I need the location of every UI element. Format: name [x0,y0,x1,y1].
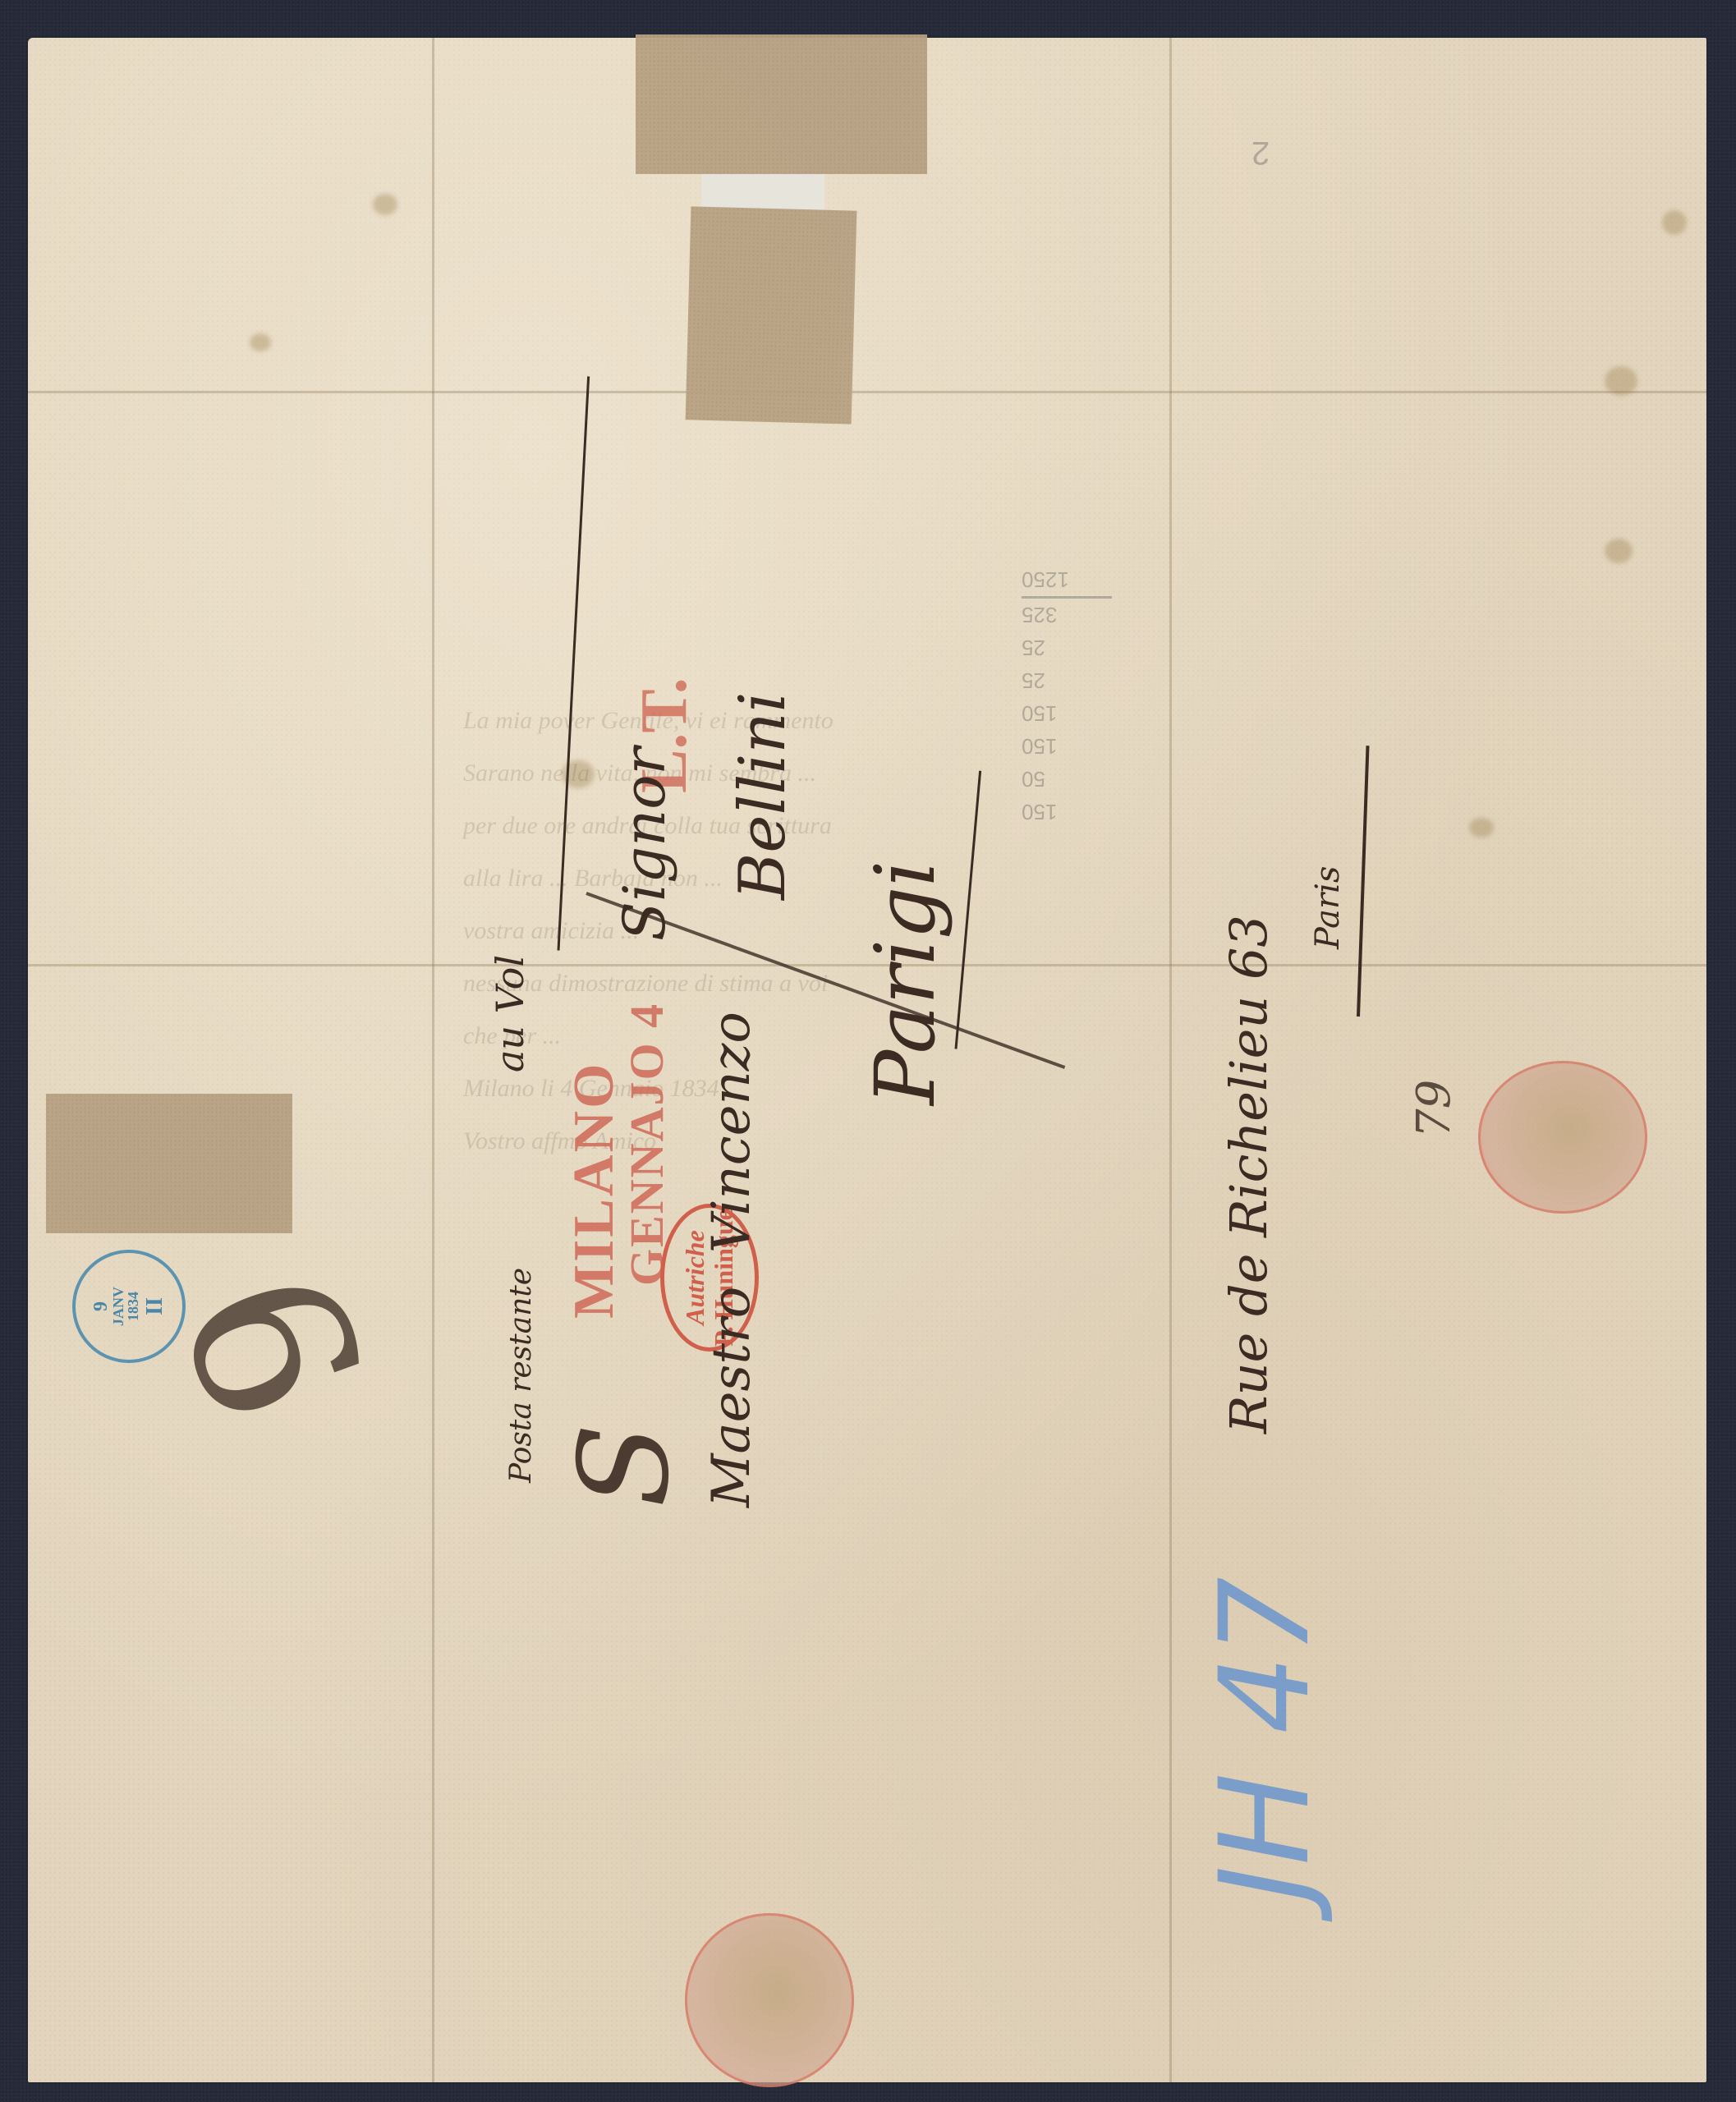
pencil-arithmetic: 150 50 150 150 25 25 325 1250 [1022,563,1112,828]
fold-line-top [28,391,1706,393]
address-city: Parigi [857,861,953,1105]
postmark-day: 9 [91,1301,111,1311]
tape-strip-top [636,34,927,174]
stain [373,194,397,215]
stain [1662,210,1687,235]
postmark-month: JANV [111,1287,126,1326]
address-first-name: Vincenzo [701,1012,762,1253]
au-vol-note: au Vol [488,955,532,1072]
address-title: Maestro [701,1287,762,1508]
posta-restante-note: Posta restante [504,1268,538,1483]
tape-strip-vertical [686,206,857,424]
tape-strip-left [46,1094,292,1233]
stain [1605,539,1633,563]
stain [250,333,271,351]
address-last-name: Bellini [726,692,800,901]
paper-tear [701,174,824,210]
stain [1605,366,1637,396]
blue-pencil-mark: JH 47 [1194,1576,1337,1902]
street-city: Paris [1309,866,1347,949]
wax-seal-right [1478,1061,1647,1214]
pencil-corner-mark: 2 [1251,136,1270,169]
postmark-year: 1834 [126,1292,140,1321]
letter-sheet: La mia pover Gentile, vi ei rammento Sar… [28,38,1706,2082]
address-honorific: Signor [611,747,678,941]
rate-mark: 9 [137,1237,416,1450]
salutation-flourish-s: S [553,1423,696,1508]
street-address: Rue de Richelieu 63 [1219,915,1279,1434]
wax-seal-bottom [685,1913,854,2087]
origin-stamp-city: MILANO [562,1061,627,1319]
ink-number: 79 [1408,1080,1461,1138]
fold-line-left [432,38,434,2082]
